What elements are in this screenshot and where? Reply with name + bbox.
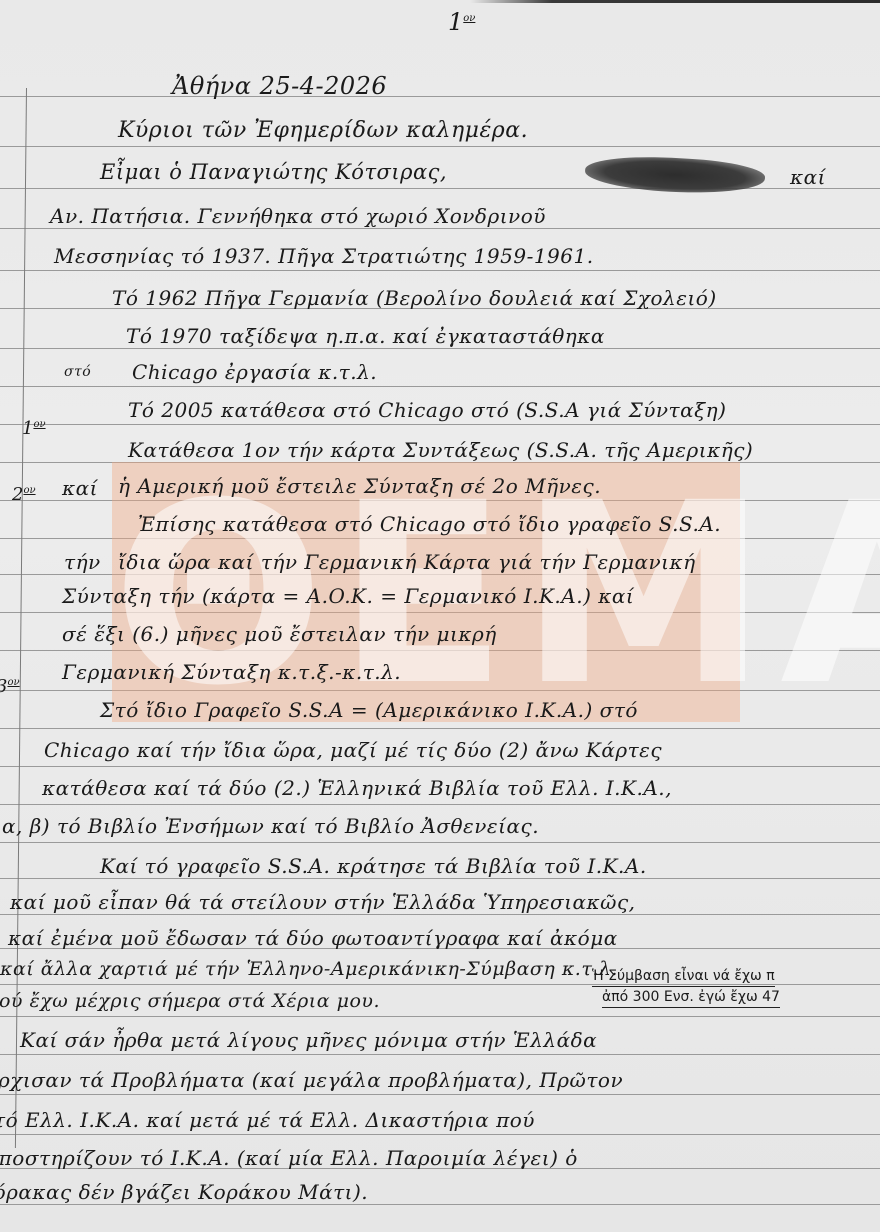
ruled-line	[0, 228, 880, 229]
page-edge-shadow	[470, 0, 880, 3]
body-line: Στό ἴδιο Γραφεῖο S.S.A = (Αμερικάνικο Ι.…	[100, 698, 638, 722]
ruled-line	[0, 270, 880, 271]
ruled-line	[0, 96, 880, 97]
body-line: ἄρχισαν τά Προβλήματα (καί μεγάλα προβλή…	[0, 1068, 623, 1092]
margin-note-1: 1ον	[22, 418, 46, 439]
ruled-line	[0, 1054, 880, 1055]
margin-line	[15, 88, 27, 1148]
margin-note-3: 3ον	[0, 676, 20, 697]
ruled-line	[0, 804, 880, 805]
side-note: Ἡ Σύμβαση εἶναι νά ἔχω π ἀπό 300 Ενσ. ἐγ…	[592, 966, 780, 1008]
body-line: Τό 2005 κατάθεσα στό Chicago στό (S.S.A …	[128, 398, 726, 422]
ruled-line	[0, 1134, 880, 1135]
side-note-line-2: ἀπό 300 Ενσ. ἐγώ ἔχω 47	[602, 987, 780, 1008]
ruled-line	[0, 842, 880, 843]
body-line: Σύνταξη τήν (κάρτα = A.O.K. = Γερμανικό …	[62, 584, 634, 608]
body-line-prefix: τήν	[64, 550, 101, 574]
intro-line-end: καί	[790, 165, 826, 189]
body-line: Κατάθεσα 1ον τήν κάρτα Συντάξεως (S.S.A.…	[128, 438, 753, 462]
body-line: Καί τό γραφεῖο S.S.A. κράτησε τά Βιβλία …	[100, 854, 647, 878]
page-number: 1ον	[448, 8, 475, 36]
body-line: καί μοῦ εἶπαν θά τά στείλουν στήν Ἑλλάδα…	[10, 890, 636, 914]
body-line: α, β) τό Βιβλίο Ἐνσήμων καί τό Βιβλίο Ἀσ…	[2, 814, 539, 838]
date-line: Ἀθήνα 25-4-2026	[172, 72, 387, 100]
body-line: καί ἐμένα μοῦ ἔδωσαν τά δύο φωτοαντίγραφ…	[8, 926, 618, 950]
body-line: Γερμανική Σύνταξη κ.τ.ξ.-κ.τ.λ.	[62, 660, 401, 684]
body-line: Τό 1970 ταξίδεψα η.π.α. καί ἐγκαταστάθηκ…	[126, 324, 605, 348]
body-line: Chicago ἐργασία κ.τ.λ.	[132, 360, 377, 384]
body-line-prefix: καί	[62, 476, 98, 500]
side-note-line-1: Ἡ Σύμβαση εἶναι νά ἔχω π	[592, 966, 775, 987]
ruled-line	[0, 1016, 880, 1017]
ruled-line	[0, 146, 880, 147]
ruled-line	[0, 878, 880, 879]
greeting-line: Κύριοι τῶν Ἐφημερίδων καλημέρα.	[118, 118, 528, 143]
margin-note-suffix: ον	[33, 419, 45, 430]
body-line: ὑποστηρίζουν τό Ι.Κ.Α. (καί μία Ελλ. Παρ…	[0, 1146, 578, 1170]
margin-note-2: 2ον	[12, 484, 36, 505]
page-number-value: 1	[448, 8, 463, 36]
ruled-line	[0, 1094, 880, 1095]
margin-note-label: 2	[12, 484, 23, 505]
body-line: Τό 1962 Πῆγα Γερμανία (Βερολίνο δουλειά …	[112, 286, 717, 310]
ruled-line	[0, 766, 880, 767]
body-line: καί ἄλλα χαρτιά μέ τήν Ἑλληνο-Αμερικάνικ…	[0, 958, 618, 980]
body-line: ἡ Αμερική μοῦ ἔστειλε Σύνταξη σέ 2ο Μῆνε…	[118, 474, 601, 498]
body-line: Ἐπίσης κατάθεσα στό Chicago στό ἴδιο γρα…	[138, 512, 721, 536]
body-line: Chicago καί τήν ἴδια ὥρα, μαζί μέ τίς δύ…	[44, 738, 662, 762]
redacted-scribble	[584, 153, 766, 196]
body-line: Αν. Πατήσια. Γεννήθηκα στό χωριό Χονδριν…	[50, 204, 546, 228]
body-line: Μεσσηνίας τό 1937. Πῆγα Στρατιώτης 1959-…	[54, 244, 594, 268]
intro-line: Εἶμαι ὁ Παναγιώτης Κότσιρας,	[100, 160, 447, 184]
margin-note-suffix: ον	[7, 677, 19, 688]
ruled-line	[0, 1204, 880, 1205]
page-number-suffix: ον	[463, 13, 475, 24]
body-line: τό Ελλ. Ι.Κ.Α. καί μετά μέ τά Ελλ. Δικασ…	[0, 1108, 535, 1132]
body-line: σέ ἕξι (6.) μῆνες μοῦ ἔστειλαν τήν μικρή	[62, 622, 497, 646]
margin-note-label: 1	[22, 418, 33, 439]
ruled-line	[0, 188, 880, 189]
margin-note-suffix: ον	[23, 485, 35, 496]
body-line: κόρακας δέν βγάζει Κοράκου Μάτι).	[0, 1180, 368, 1204]
body-line: πού ἔχω μέχρις σήμερα στά Χέρια μου.	[0, 990, 380, 1012]
ruled-line	[0, 386, 880, 387]
ruled-line	[0, 348, 880, 349]
ruled-line	[0, 424, 880, 425]
ruled-line	[0, 914, 880, 915]
body-line: ἴδια ὥρα καί τήν Γερμανική Κάρτα γιά τήν…	[118, 550, 696, 574]
body-line-prefix: στό	[64, 364, 91, 380]
body-line: κατάθεσα καί τά δύο (2.) Ἑλληνικά Βιβλία…	[42, 776, 672, 800]
body-line: Καί σάν ἦρθα μετά λίγους μῆνες μόνιμα στ…	[20, 1028, 597, 1052]
